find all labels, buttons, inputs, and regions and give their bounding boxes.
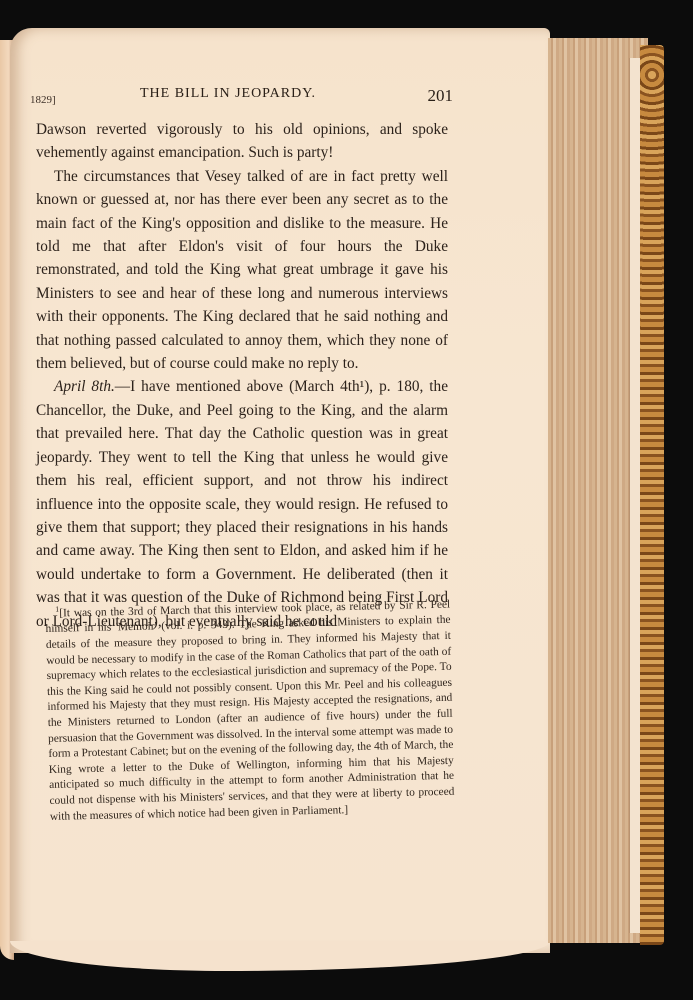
page-block-edges [548,38,648,943]
footnote: 1[It was on the 3rd of March that this i… [45,593,455,825]
entry-text: —I have mentioned above (March 4th¹), p.… [36,378,448,629]
running-head: 1829] THE BILL IN JEOPARDY. 201 [30,82,450,112]
paragraph: The circumstances that Vesey talked of a… [36,165,448,376]
running-head-year: 1829] [30,94,56,106]
page-number: 201 [428,86,454,106]
running-head-title: THE BILL IN JEOPARDY. [140,86,316,102]
footnote-text: [It was on the 3rd of March that this in… [45,599,454,823]
body-text: Dawson reverted vigorously to his old op… [36,118,448,633]
entry-date: April 8th. [54,378,115,395]
paragraph: Dawson reverted vigorously to his old op… [36,118,448,165]
gilt-cover-board [640,45,664,945]
